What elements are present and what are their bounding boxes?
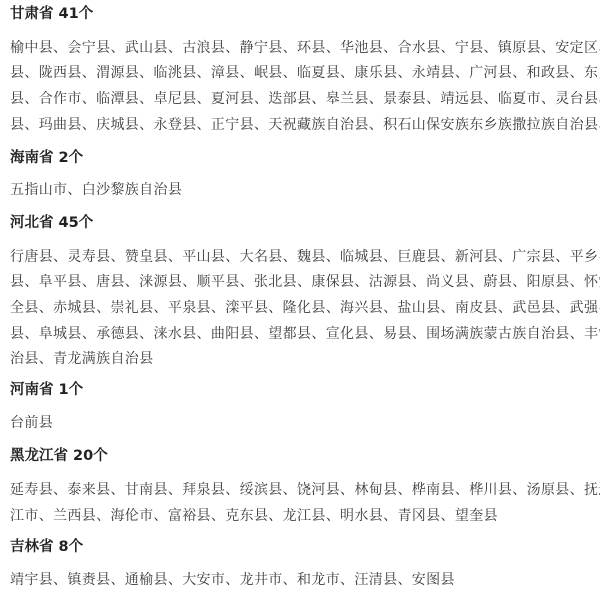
county-line: 靖宇县、镇赉县、通榆县、大安市、龙井市、和龙市、汪清县、安图县 xyxy=(10,570,455,590)
province-heading-heilongjiang: 黑龙江省 20个 xyxy=(10,446,108,466)
county-line: 治县、青龙满族自治县 xyxy=(10,349,154,369)
county-line: 县、合作市、临潭县、卓尼县、夏河县、迭部县、皋兰县、景泰县、靖远县、临夏市、灵台… xyxy=(10,89,600,109)
county-line: 江市、兰西县、海伦市、富裕县、克东县、龙江县、明水县、青冈县、望奎县 xyxy=(10,506,498,526)
county-line: 县、阜平县、唐县、涞源县、顺平县、张北县、康保县、沽源县、尚义县、蔚县、阳原县、… xyxy=(10,272,600,292)
county-line: 延寿县、泰来县、甘南县、拜泉县、绥滨县、饶河县、林甸县、桦南县、桦川县、汤原县、… xyxy=(10,480,600,500)
county-line: 县、玛曲县、庆城县、永登县、正宁县、天祝藏族自治县、积石山保安族东乡族撒拉族自治… xyxy=(10,115,600,135)
province-heading-gansu: 甘肃省 41个 xyxy=(10,4,93,24)
county-line: 行唐县、灵寿县、赞皇县、平山县、大名县、魏县、临城县、巨鹿县、新河县、广宗县、平… xyxy=(10,247,600,267)
county-line: 县、阜城县、承德县、涞水县、曲阳县、望都县、宣化县、易县、围场满族蒙古族自治县、… xyxy=(10,324,600,344)
county-line: 榆中县、会宁县、武山县、古浪县、静宁县、环县、华池县、合水县、宁县、镇原县、安定… xyxy=(10,38,600,58)
county-line: 五指山市、白沙黎族自治县 xyxy=(10,180,182,200)
province-heading-henan: 河南省 1个 xyxy=(10,380,83,400)
county-line: 台前县 xyxy=(10,413,53,433)
province-heading-jilin: 吉林省 8个 xyxy=(10,537,83,557)
county-line: 全县、赤城县、崇礼县、平泉县、滦平县、隆化县、海兴县、盐山县、南皮县、武邑县、武… xyxy=(10,298,600,318)
county-line: 县、陇西县、渭源县、临洮县、漳县、岷县、临夏县、康乐县、永靖县、广河县、和政县、… xyxy=(10,63,600,83)
province-heading-hainan: 海南省 2个 xyxy=(10,148,83,168)
province-heading-hebei: 河北省 45个 xyxy=(10,213,93,233)
